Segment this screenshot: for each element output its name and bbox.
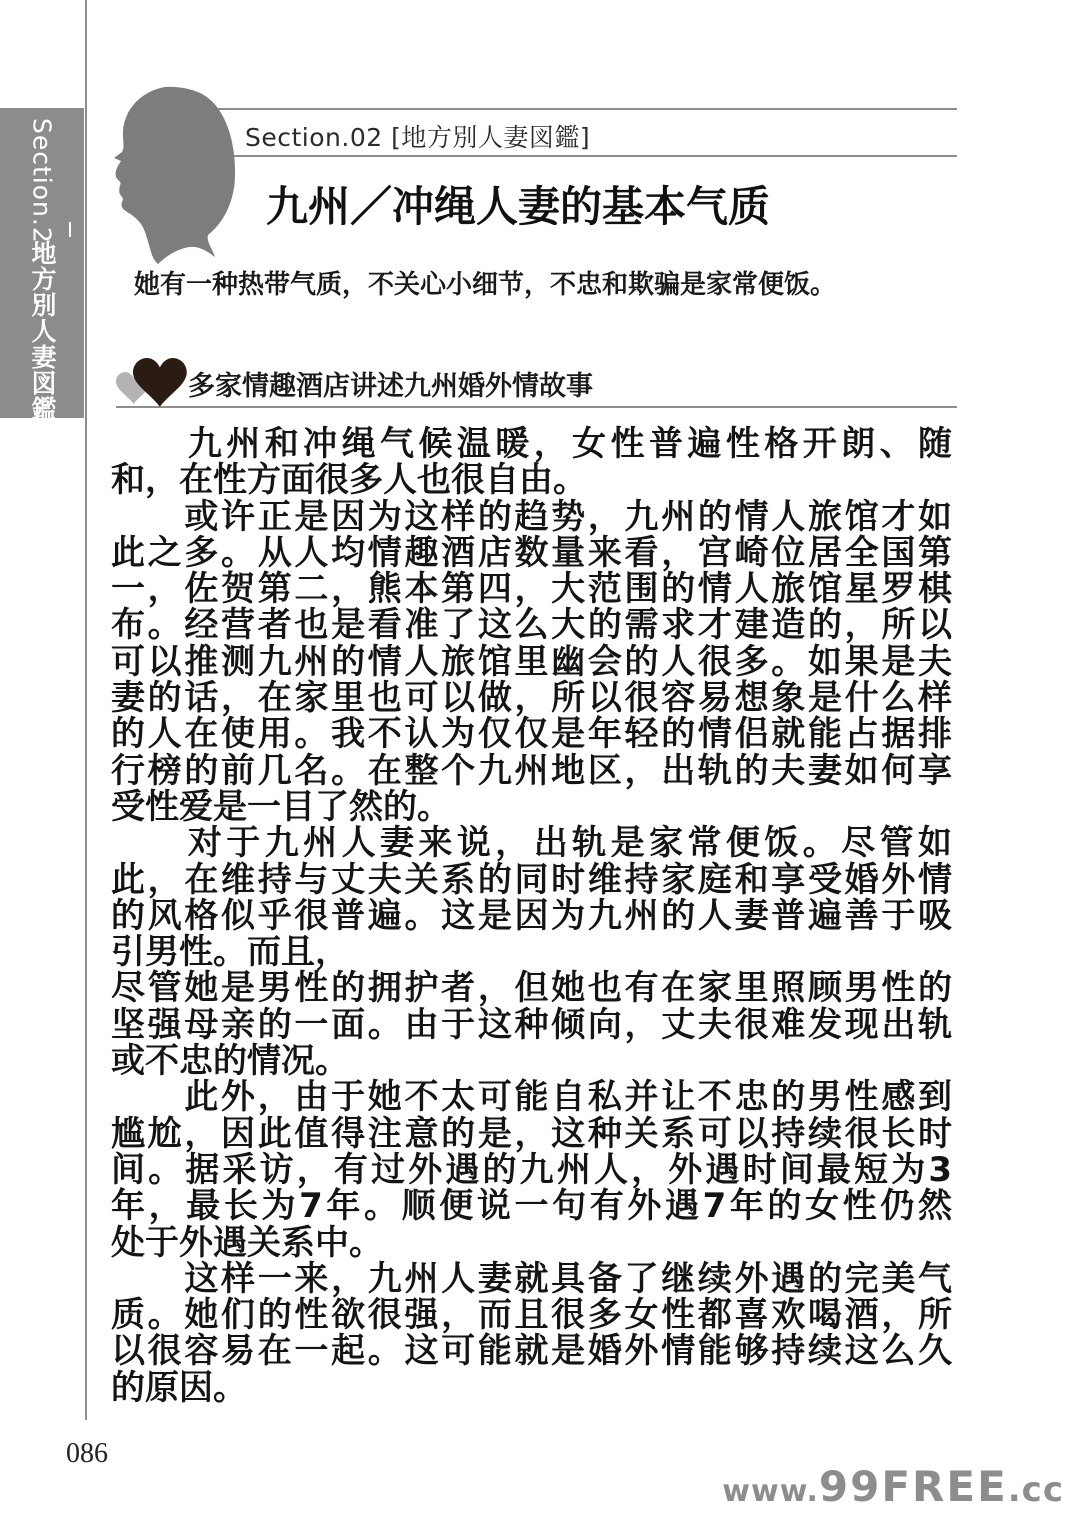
body-text: 九州和冲绳气候温暖，女性普遍性格开朗、随和，在性方面很多人也很自由。 或许正是因… [111, 426, 952, 1406]
body-line: 间。据采访，有过外遇的九州人，外遇时间最短为3 [111, 1152, 952, 1188]
page-title: 九州／冲绳人妻的基本气质 [266, 174, 770, 234]
body-line: 行榜的前几名。在整个九州地区，出轨的夫妻如何享 [111, 753, 952, 789]
watermark-suffix: .cc [1008, 1470, 1064, 1510]
watermark-name: 99FREE [819, 1462, 1008, 1511]
body-line: 此外，由于她不太可能自私并让不忠的男性感到 [111, 1079, 952, 1115]
body-line: 此，在维持与丈夫关系的同时维持家庭和享受婚外情 [111, 862, 952, 898]
body-line: 以很容易在一起。这可能就是婚外情能够持续这么久 [111, 1333, 952, 1369]
body-line: 妻的话，在家里也可以做，所以很容易想象是什么样 [111, 680, 952, 716]
body-line: 受性爱是一目了然的。 [111, 789, 952, 825]
body-line: 的风格似乎很普遍。这是因为九州的人妻普遍善于吸 [111, 898, 952, 934]
body-line: 或许正是因为这样的趋势，九州的情人旅馆才如 [111, 499, 952, 535]
body-line: 尴尬，因此值得注意的是，这种关系可以持续很长时 [111, 1116, 952, 1152]
sidebar-divider [69, 222, 71, 237]
body-line: 可以推测九州的情人旅馆里幽会的人很多。如果是夫 [111, 644, 952, 680]
page: { "sidebar": { "section_label": "Section… [0, 0, 1080, 1532]
body-line: 九州和冲绳气候温暖，女性普遍性格开朗、随 [111, 426, 952, 462]
body-line: 一，佐贺第二，熊本第四，大范围的情人旅馆星罗棋 [111, 571, 952, 607]
page-left-rule [85, 0, 87, 1420]
body-line: 处于外遇关系中。 [111, 1225, 952, 1261]
header-top-rule [218, 108, 957, 110]
page-number: 086 [66, 1438, 108, 1470]
body-line: 质。她们的性欲很强，而且很多女性都喜欢喝酒，所 [111, 1297, 952, 1333]
watermark: www.99FREE.cc [722, 1462, 1064, 1511]
sidebar-section-tab: Section.2 地方別人妻図鑑 [0, 108, 84, 418]
body-line: 尽管她是男性的拥护者，但她也有在家里照顾男性的 [111, 970, 952, 1006]
body-line: 对于九州人妻来说，出轨是家常便饭。尽管如 [111, 825, 952, 861]
hearts-icon [114, 356, 188, 418]
sidebar-section-label: Section.2 [28, 118, 57, 244]
section-heading-rule [116, 406, 957, 408]
body-line: 此之多。从人均情趣酒店数量来看，宫崎位居全国第 [111, 535, 952, 571]
sidebar-series-label: 地方別人妻図鑑 [24, 240, 60, 422]
page-subtitle: 她有一种热带气质，不关心小细节，不忠和欺骗是家常便饭。 [134, 264, 836, 301]
body-line: 坚强母亲的一面。由于这种倾向，丈夫很难发现出轨 [111, 1007, 952, 1043]
body-line: 布。经营者也是看准了这么大的需求才建造的，所以 [111, 607, 952, 643]
header-bottom-rule [218, 155, 957, 157]
section-eyebrow: Section.02 [地方別人妻図鑑] [245, 118, 590, 154]
body-line: 的原因。 [111, 1370, 952, 1406]
body-line: 或不忠的情况。 [111, 1043, 952, 1079]
body-line: 引男性。而且， [111, 934, 952, 970]
section-heading: 多家情趣酒店讲述九州婚外情故事 [188, 364, 593, 403]
woman-silhouette-icon [106, 84, 248, 264]
body-line: 这样一来，九州人妻就具备了继续外遇的完美气 [111, 1261, 952, 1297]
body-line: 年，最长为7年。顺便说一句有外遇7年的女性仍然 [111, 1188, 952, 1224]
body-line: 和，在性方面很多人也很自由。 [111, 462, 952, 498]
watermark-prefix: www. [722, 1474, 819, 1509]
body-line: 的人在使用。我不认为仅仅是年轻的情侣就能占据排 [111, 716, 952, 752]
